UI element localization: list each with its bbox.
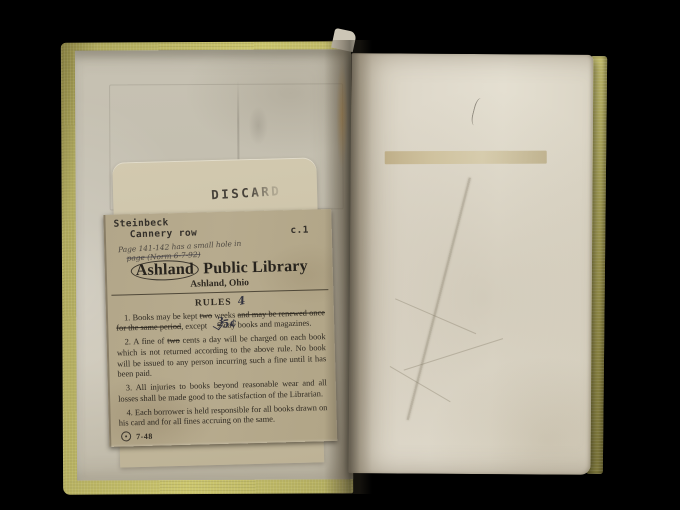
photo-background: DISCARD Steinbeck Cannery row c.1 Page 1… — [0, 0, 680, 510]
rule-1-text: , except — [181, 322, 209, 332]
discard-stamp: DISCARD — [211, 183, 282, 202]
rule-3: 3. All injuries to books beyond reasonab… — [118, 378, 327, 405]
handwritten-fine-correction: 5¢ — [221, 317, 237, 331]
curled-page-corner — [331, 28, 357, 52]
library-name-rest: Public Library — [203, 257, 308, 277]
printer-code: 7-48 — [136, 431, 153, 440]
page-crease — [407, 178, 471, 421]
handwritten-weeks-correction: 4 — [237, 293, 247, 307]
copy-number: c.1 — [290, 226, 309, 237]
rule-1: 1. Books may be kept two weeks and may b… — [116, 308, 325, 335]
library-rules-card: Steinbeck Cannery row c.1 Page 141-142 h… — [103, 209, 337, 447]
card-footer: 7-48 — [121, 431, 153, 442]
page-scratch — [404, 338, 503, 370]
right-endpaper-page — [349, 53, 594, 475]
rule-2: 2. A fine of two cents a day will be cha… — [117, 332, 327, 380]
rules-title: RULES — [195, 297, 232, 308]
left-endpaper: DISCARD Steinbeck Cannery row c.1 Page 1… — [75, 49, 353, 480]
endpaper-smudge — [245, 100, 271, 152]
rule-2-struck-word: two — [167, 336, 180, 345]
rule-4: 4. Each borrower is held responsible for… — [118, 403, 327, 430]
left-cover-board: DISCARD Steinbeck Cannery row c.1 Page 1… — [61, 41, 353, 495]
rule-2-text: 2. A fine of — [125, 336, 168, 346]
union-bug-icon — [121, 431, 131, 441]
rules-heading: RULES4 — [115, 292, 324, 310]
tape-strip — [385, 151, 547, 165]
rule-1-text: 1. Books may be kept — [124, 311, 200, 322]
pencil-mark — [470, 97, 488, 127]
